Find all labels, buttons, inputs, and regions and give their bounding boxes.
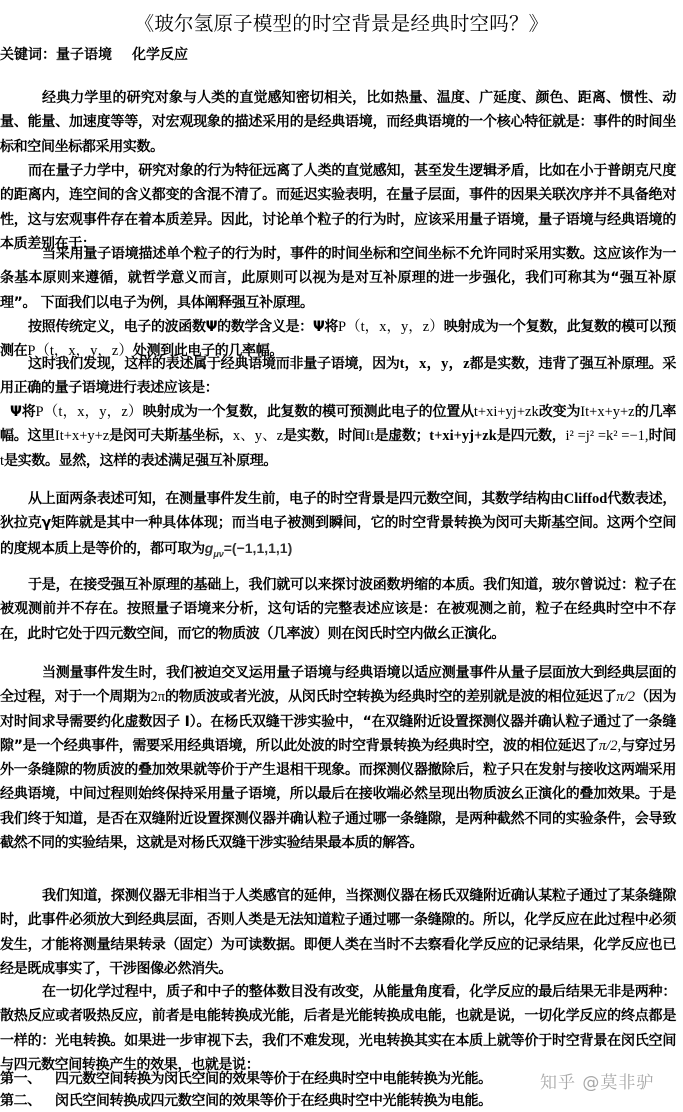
paragraph-chemical-process: 在一切化学过程中，质子和中子的整体数目没有改变，从能量角度看，化学反应的最后结果… bbox=[0, 980, 676, 1077]
keywords-line: 关键词：量子语境化学反应 bbox=[0, 44, 188, 64]
paragraph-classical-context: 经典力学里的研究对象与人类的直觉感知密切相关，比如热量、温度、广延度、颜色、距离… bbox=[0, 86, 676, 159]
paragraph-spacetime-background: 从上面两条表述可知，在测量事件发生前，电子的时空背景是四元数空间，其数学结构由C… bbox=[0, 487, 676, 566]
math-expression: P（t，x，y，z） bbox=[338, 319, 444, 335]
math-expression: Cliffod bbox=[564, 491, 608, 507]
paragraph-measurement-event: 当测量事件发生时，我们被迫交叉运用量子语境与经典语境以适应测量事件从量子层面放大… bbox=[0, 661, 676, 855]
paragraph-violation: 这时我们发现，这样的表述属于经典语境而非量子语境，因为t，x，y，z都是实数，违… bbox=[0, 352, 676, 401]
paragraph-wavefunction-collapse: 于是，在接受强互补原理的基础上，我们就可以来探讨波函数坍缩的本质。我们知道，玻尔… bbox=[0, 573, 676, 646]
keywords-label: 关键词： bbox=[0, 47, 56, 63]
zhihu-watermark: 知乎 @莫非驴 bbox=[540, 1068, 654, 1093]
math-expression: t，x，y，z bbox=[400, 356, 470, 372]
paragraph-correct-statement: Ψ将P（t，x，y，z）映射成为一个复数，此复数的模可预测此电子的位置从t+xi… bbox=[0, 400, 676, 473]
metric-formula: gμν=(−1,1,1,1) bbox=[205, 540, 293, 556]
paragraph-strong-complementarity: 当采用量子语境描述单个粒子的行为时，事件的时间坐标和空间坐标不允许同时采用实数。… bbox=[0, 242, 676, 315]
keyword-1: 量子语境 bbox=[56, 47, 112, 63]
document-title: 《玻尔氢原子模型的时空背景是经典时空吗？》 bbox=[0, 8, 683, 36]
paragraph-detector: 我们知道，探测仪器无非相当于人类感官的延伸，当探测仪器在杨氏双缝附近确认某粒子通… bbox=[0, 884, 676, 981]
keyword-2: 化学反应 bbox=[132, 47, 188, 63]
